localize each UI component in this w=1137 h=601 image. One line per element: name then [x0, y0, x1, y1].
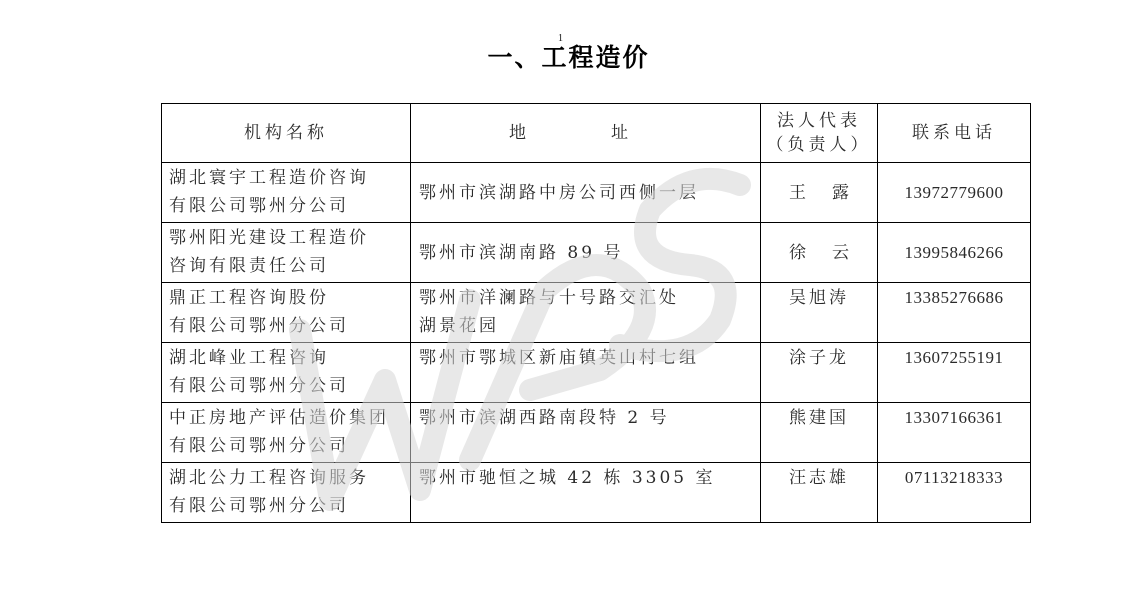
- org-name-line1: 湖北峰业工程咨询: [169, 344, 410, 372]
- header-representative: 法人代表 （负责人）: [761, 104, 878, 163]
- table-row: 鄂州阳光建设工程造价 咨询有限责任公司 鄂州市滨湖南路 89 号 徐云 1399…: [162, 223, 1031, 283]
- address-line2: 湖景花园: [419, 312, 760, 340]
- representative-cell: 涂子龙: [761, 343, 878, 403]
- phone-cell: 13972779600: [878, 163, 1031, 223]
- org-name-cell: 鼎正工程咨询股份 有限公司鄂州分公司: [162, 283, 411, 343]
- representative-name: 王露: [789, 183, 875, 203]
- table-row: 湖北寰宇工程造价咨询 有限公司鄂州分公司 鄂州市滨湖路中房公司西侧一层 王露 1…: [162, 163, 1031, 223]
- org-name-cell: 湖北公力工程咨询服务 有限公司鄂州分公司: [162, 463, 411, 523]
- header-address: 地 址: [411, 104, 761, 163]
- org-name-line1: 湖北公力工程咨询服务: [169, 464, 410, 492]
- table-row: 湖北峰业工程咨询 有限公司鄂州分公司 鄂州市鄂城区新庙镇英山村七组 涂子龙 13…: [162, 343, 1031, 403]
- table-row: 中正房地产评估造价集团 有限公司鄂州分公司 鄂州市滨湖西路南段特 2 号 熊建国…: [162, 403, 1031, 463]
- table-row: 鼎正工程咨询股份 有限公司鄂州分公司 鄂州市洋澜路与十号路交汇处 湖景花园 吴旭…: [162, 283, 1031, 343]
- header-phone: 联系电话: [878, 104, 1031, 163]
- address-line1: 鄂州市滨湖南路 89 号: [419, 239, 760, 267]
- org-name-line2: 有限公司鄂州分公司: [169, 372, 410, 400]
- address-cell: 鄂州市洋澜路与十号路交汇处 湖景花园: [411, 283, 761, 343]
- phone-cell: 13307166361: [878, 403, 1031, 463]
- org-name-cell: 鄂州阳光建设工程造价 咨询有限责任公司: [162, 223, 411, 283]
- address-cell: 鄂州市滨湖南路 89 号: [411, 223, 761, 283]
- address-cell: 鄂州市滨湖西路南段特 2 号: [411, 403, 761, 463]
- address-line1: 鄂州市滨湖路中房公司西侧一层: [419, 179, 760, 207]
- representative-cell: 熊建国: [761, 403, 878, 463]
- address-cell: 鄂州市滨湖路中房公司西侧一层: [411, 163, 761, 223]
- org-name-line1: 湖北寰宇工程造价咨询: [169, 164, 410, 192]
- representative-cell: 王露: [761, 163, 878, 223]
- phone-cell: 13385276686: [878, 283, 1031, 343]
- org-name-line2: 有限公司鄂州分公司: [169, 312, 410, 340]
- org-name-line2: 咨询有限责任公司: [169, 252, 410, 280]
- org-name-cell: 湖北峰业工程咨询 有限公司鄂州分公司: [162, 343, 411, 403]
- header-representative-line1: 法人代表: [761, 109, 877, 133]
- address-line1: 鄂州市滨湖西路南段特 2 号: [419, 404, 760, 432]
- org-name-cell: 湖北寰宇工程造价咨询 有限公司鄂州分公司: [162, 163, 411, 223]
- table-header-row: 机构名称 地 址 法人代表 （负责人） 联系电话: [162, 104, 1031, 163]
- phone-cell: 07113218333: [878, 463, 1031, 523]
- org-name-line1: 鼎正工程咨询股份: [169, 284, 410, 312]
- address-line1: 鄂州市驰恒之城 42 栋 3305 室: [419, 464, 760, 492]
- org-name-line2: 有限公司鄂州分公司: [169, 432, 410, 460]
- representative-name: 徐云: [789, 243, 875, 263]
- org-name-cell: 中正房地产评估造价集团 有限公司鄂州分公司: [162, 403, 411, 463]
- organization-table: 机构名称 地 址 法人代表 （负责人） 联系电话 湖北寰宇工程造价咨询 有限公司…: [161, 103, 1031, 523]
- address-cell: 鄂州市驰恒之城 42 栋 3305 室: [411, 463, 761, 523]
- org-name-line2: 有限公司鄂州分公司: [169, 492, 410, 520]
- representative-cell: 汪志雄: [761, 463, 878, 523]
- org-name-line2: 有限公司鄂州分公司: [169, 192, 410, 220]
- address-cell: 鄂州市鄂城区新庙镇英山村七组: [411, 343, 761, 403]
- table-row: 湖北公力工程咨询服务 有限公司鄂州分公司 鄂州市驰恒之城 42 栋 3305 室…: [162, 463, 1031, 523]
- header-representative-line2: （负责人）: [761, 133, 877, 157]
- address-line1: 鄂州市鄂城区新庙镇英山村七组: [419, 344, 760, 372]
- page-title: 一、工程造价: [0, 38, 1137, 74]
- phone-cell: 13607255191: [878, 343, 1031, 403]
- phone-cell: 13995846266: [878, 223, 1031, 283]
- header-org-name: 机构名称: [162, 104, 411, 163]
- representative-cell: 徐云: [761, 223, 878, 283]
- org-name-line1: 鄂州阳光建设工程造价: [169, 224, 410, 252]
- header-address-label: 地 址: [509, 123, 662, 143]
- org-name-line1: 中正房地产评估造价集团: [169, 404, 410, 432]
- representative-cell: 吴旭涛: [761, 283, 878, 343]
- address-line1: 鄂州市洋澜路与十号路交汇处: [419, 284, 760, 312]
